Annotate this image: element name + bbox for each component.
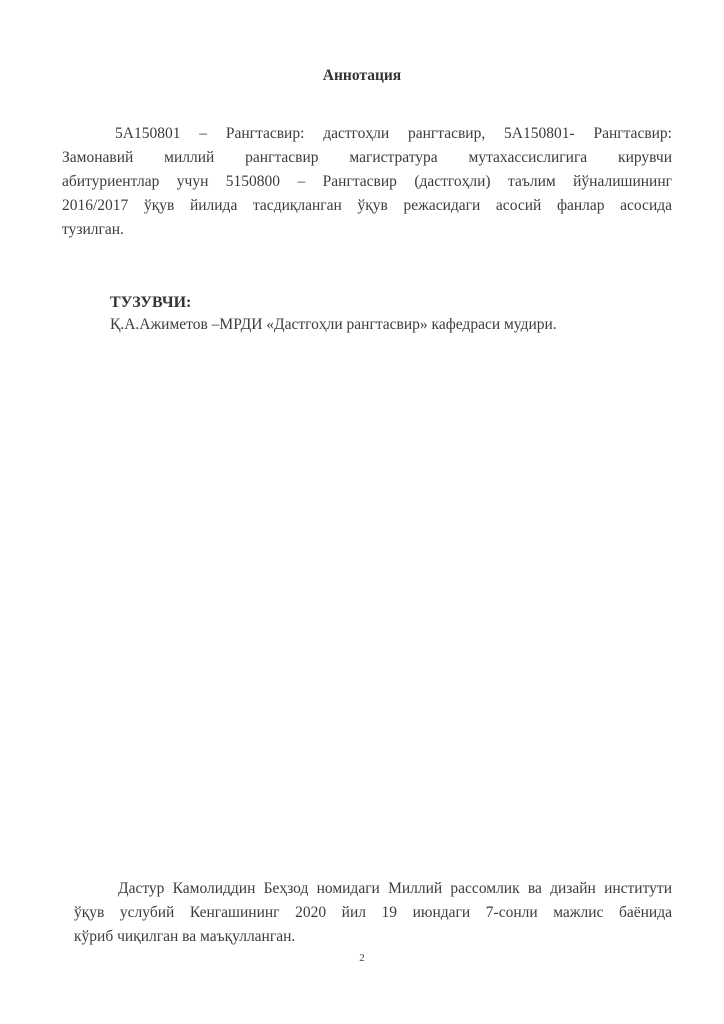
approval-line: кўриб чиқилган ва маъқулланган. [74, 925, 672, 949]
composer-name: Қ.А.Ажиметов –МРДИ «Дастгоҳли рангтасвир… [110, 316, 557, 334]
annotation-paragraph: 5А150801 – Рангтасвир: дастгоҳли рангтас… [62, 122, 672, 242]
annotation-line: тузилган. [62, 218, 672, 242]
annotation-line: 2016/2017 ўқув йилида тасдиқланган ўқув … [62, 194, 672, 218]
approval-paragraph: Дастур Камолиддин Беҳзод номидаги Миллий… [74, 877, 672, 949]
composer-heading: ТУЗУВЧИ: [110, 294, 191, 312]
annotation-line: 5А150801 – Рангтасвир: дастгоҳли рангтас… [62, 122, 672, 146]
approval-line: Дастур Камолиддин Беҳзод номидаги Миллий… [74, 877, 672, 901]
annotation-line: Замонавий миллий рангтасвир магистратура… [62, 146, 672, 170]
approval-line: ўқув услубий Кенгашининг 2020 йил 19 июн… [74, 901, 672, 925]
page-number: 2 [0, 952, 724, 964]
annotation-line: абитуриентлар учун 5150800 – Рангтасвир … [62, 170, 672, 194]
document-page: Аннотация 5А150801 – Рангтасвир: дастгоҳ… [0, 0, 724, 1024]
page-title: Аннотация [0, 67, 724, 85]
